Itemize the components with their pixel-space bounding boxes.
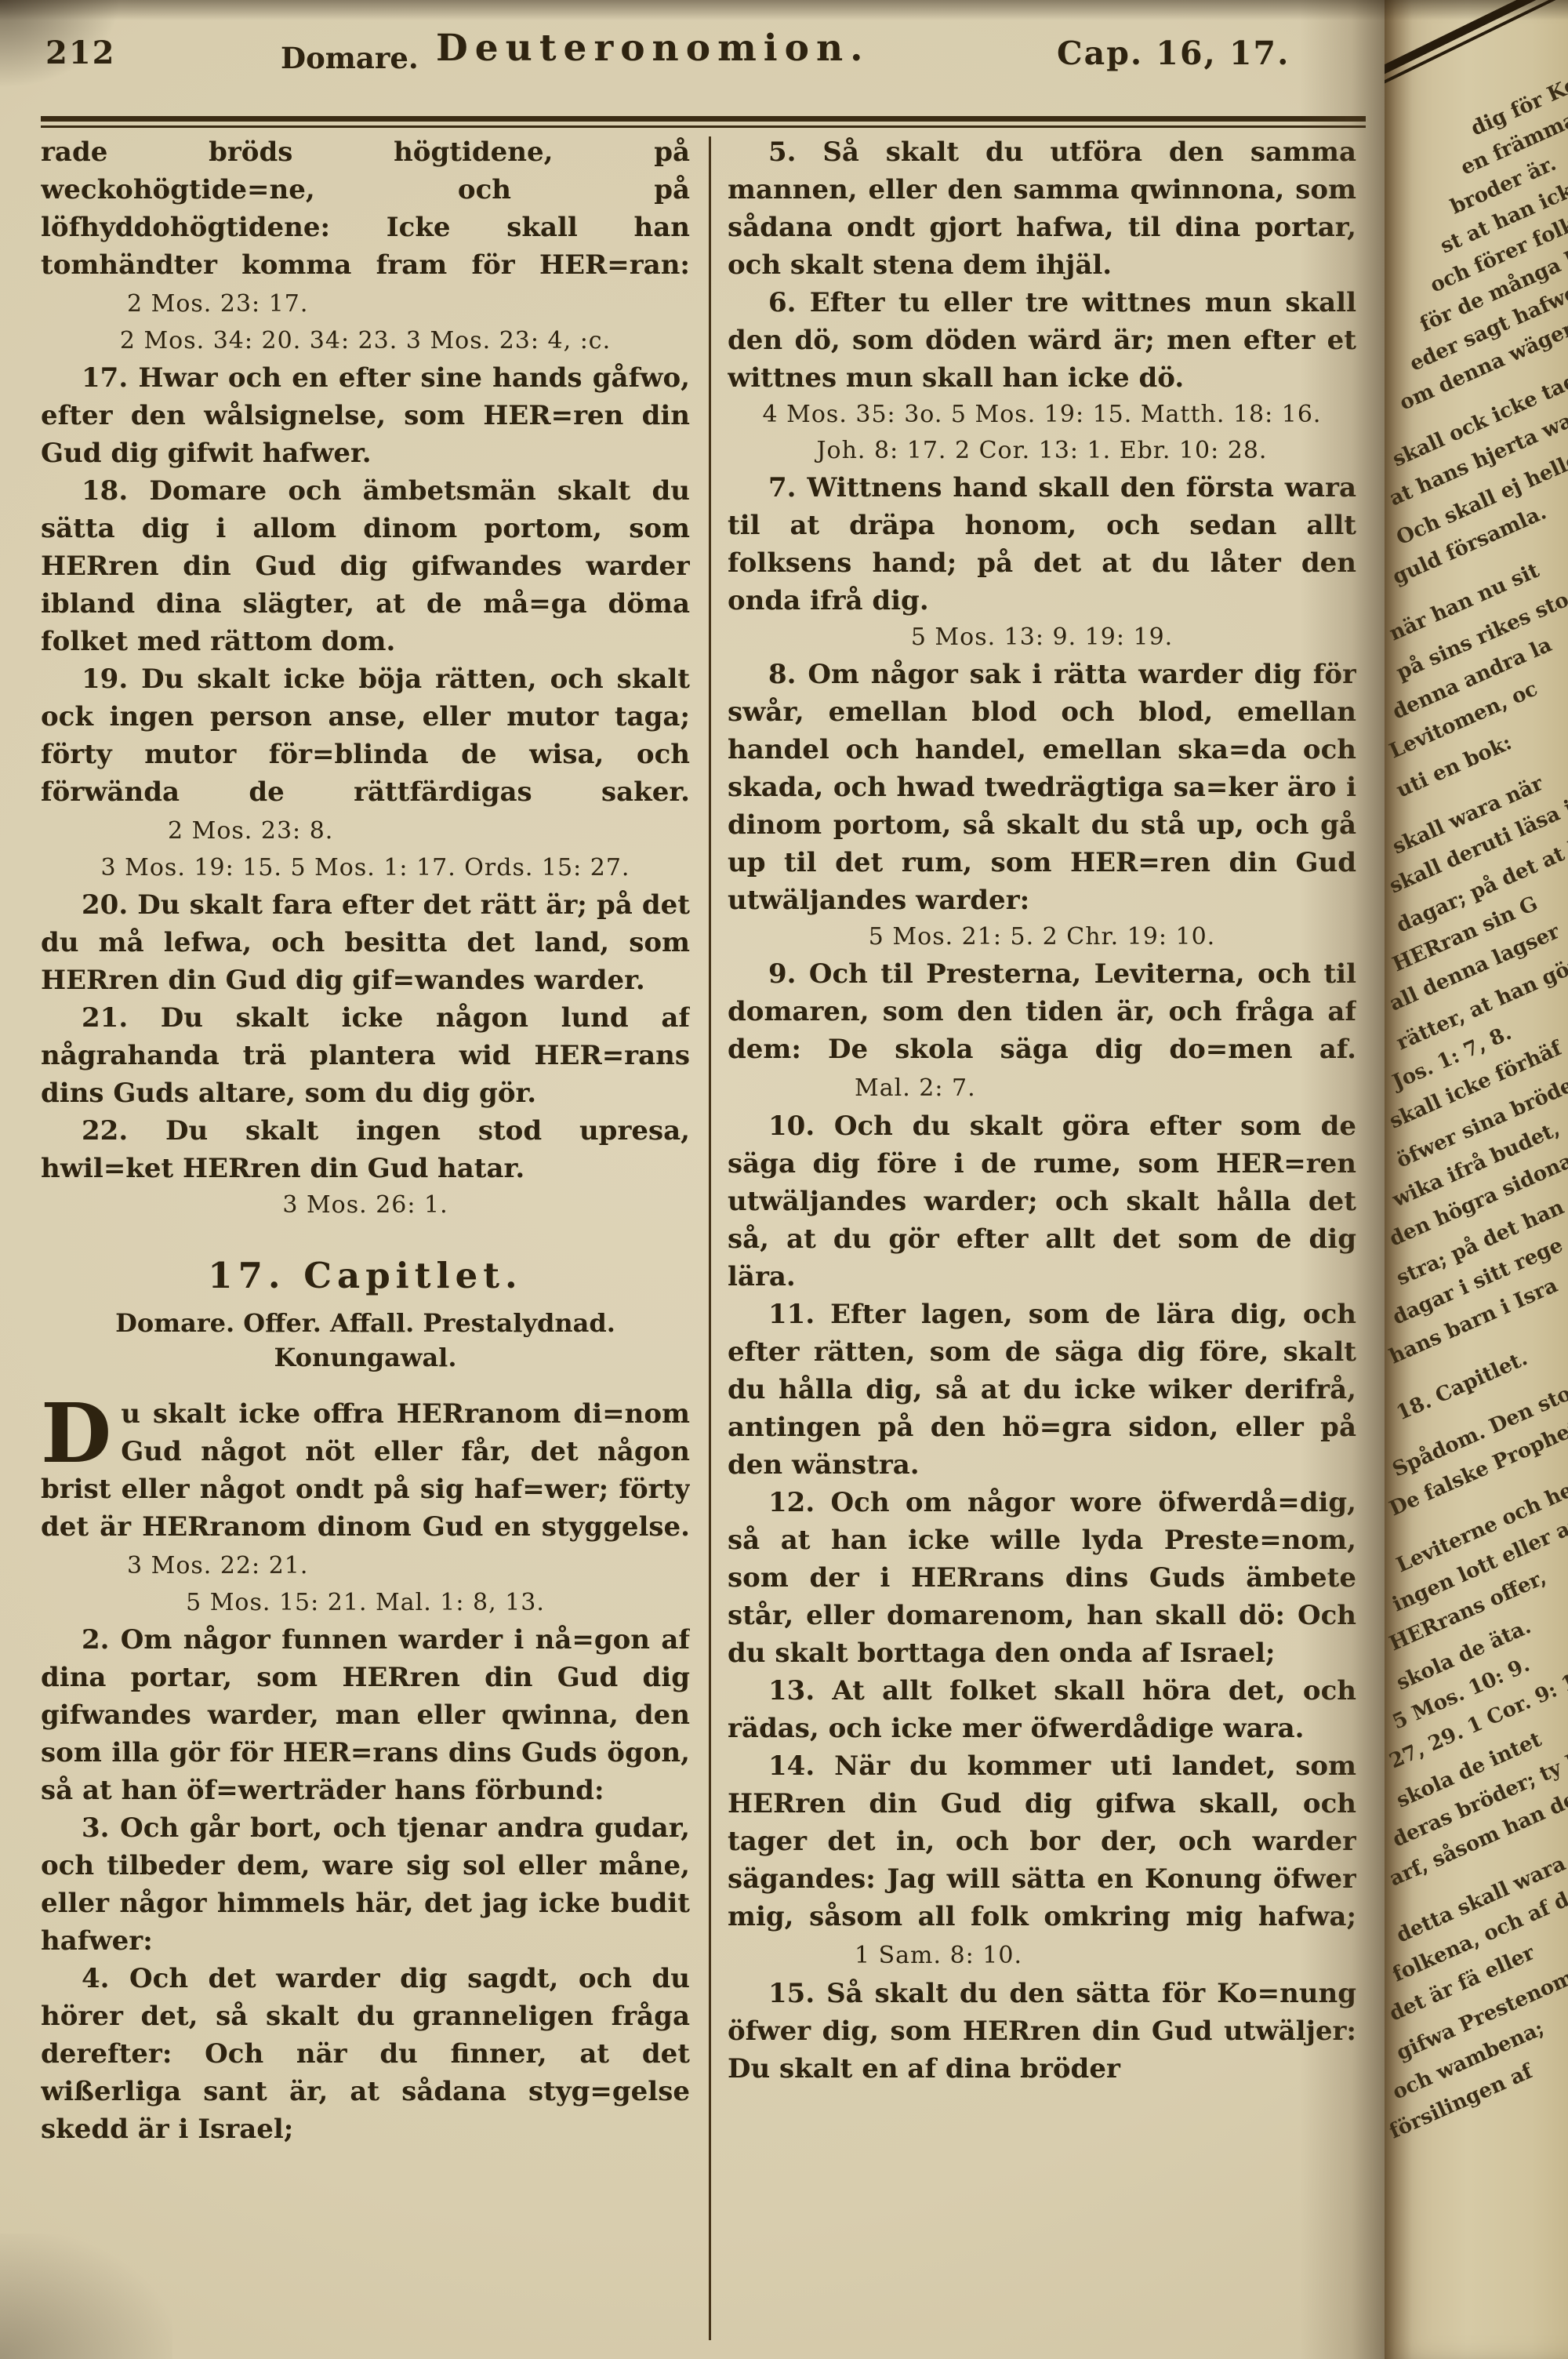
verse-paragraph: 3. Och går bort, och tjenar andra gudar,… (41, 1809, 690, 1960)
cross-reference-line: 5 Mos. 13: 9. 19: 19. (728, 620, 1356, 656)
right-column: 5. Så skalt du utföra den samma mannen, … (728, 133, 1356, 2348)
verse-paragraph: 6. Efter tu eller tre wittnes mun skall … (728, 284, 1356, 397)
scripture-reference: 3 Mos. 22: 21. (127, 1547, 308, 1585)
text-columns: rade bröds högtidene, på weckohögtide=ne… (41, 133, 1366, 2348)
verse-paragraph: 17. Hwar och en efter sine hands gåfwo, … (41, 359, 690, 472)
chapter-summary: Domare. Offer. Affall. Prestalydnad. Kon… (41, 1306, 690, 1375)
verse-paragraph: 22. Du skalt ingen stod upresa, hwil=ket… (41, 1112, 690, 1187)
verse-paragraph: 20. Du skalt fara efter det rätt är; på … (41, 886, 690, 999)
book-title: Deuteronomion. (436, 27, 870, 70)
cross-reference-line: 5 Mos. 15: 21. Mal. 1: 8, 13. (41, 1585, 690, 1621)
verse-paragraph: 11. Efter lagen, som de lära dig, och ef… (728, 1296, 1356, 1484)
page-header: 212 Domare. Deuteronomion. Cap. 16, 17. (0, 0, 1568, 125)
verse-paragraph: 9. Och til Presterna, Leviterna, och til… (728, 955, 1356, 1107)
verse-paragraph: 14. När du kommer uti landet, som HERren… (728, 1747, 1356, 1975)
drop-cap-initial: D (41, 1395, 121, 1466)
column-divider-rule (709, 136, 711, 2340)
verse-paragraph: 13. At allt folket skall höra det, och r… (728, 1672, 1356, 1747)
verse-paragraph: 12. Och om någor wore öfwerdå=dig, så at… (728, 1484, 1356, 1672)
verse-paragraph: 5. Så skalt du utföra den samma mannen, … (728, 133, 1356, 284)
header-double-rule (41, 116, 1366, 128)
running-title: Domare. (281, 41, 419, 75)
scripture-reference: 2 Mos. 23: 17. (127, 285, 308, 323)
verse-paragraph: 15. Så skalt du den sätta för Ko=nung öf… (728, 1975, 1356, 2088)
cross-reference-line: 3 Mos. 19: 15. 5 Mos. 1: 17. Ords. 15: 2… (41, 850, 690, 886)
left-column: rade bröds högtidene, på weckohögtide=ne… (41, 133, 690, 2348)
facing-page-edge: dig för Konung:en främmande öfwbroder är… (1385, 0, 1568, 2359)
verse-paragraph: Du skalt icke offra HERranom di=nom Gud … (41, 1395, 690, 1585)
chapter-reference: Cap. 16, 17. (1057, 35, 1290, 72)
cross-reference-line: 4 Mos. 35: 3o. 5 Mos. 19: 15. Matth. 18:… (728, 397, 1356, 433)
cross-reference-line: Joh. 8: 17. 2 Cor. 13: 1. Ebr. 10: 28. (728, 433, 1356, 469)
facing-page-header-rule (1385, 0, 1568, 92)
cross-reference-line: 2 Mos. 34: 20. 34: 23. 3 Mos. 23: 4, :c. (41, 323, 690, 359)
verse-paragraph: 8. Om någor sak i rätta warder dig för s… (728, 656, 1356, 919)
book-page: 212 Domare. Deuteronomion. Cap. 16, 17. … (0, 0, 1568, 2359)
verse-paragraph: 7. Wittnens hand skall den första wara t… (728, 469, 1356, 620)
facing-page-text: dig för Konung:en främmande öfwbroder är… (1394, 118, 1568, 2160)
verse-paragraph: 19. Du skalt icke böja rätten, och skalt… (41, 660, 690, 850)
verse-paragraph: 2. Om någor funnen warder i nå=gon af di… (41, 1621, 690, 1809)
scripture-reference: 2 Mos. 23: 8. (127, 812, 333, 850)
scripture-reference: 1 Sam. 8: 10. (814, 1937, 1022, 1975)
verse-paragraph: 21. Du skalt icke någon lund af någrahan… (41, 999, 690, 1112)
scripture-reference: Mal. 2: 7. (814, 1070, 976, 1107)
continued-paragraph: rade bröds högtidene, på weckohögtide=ne… (41, 133, 690, 323)
page-number: 212 (45, 35, 116, 71)
cross-reference-line: 5 Mos. 21: 5. 2 Chr. 19: 10. (728, 919, 1356, 955)
verse-paragraph: 4. Och det warder dig sagdt, och du höre… (41, 1960, 690, 2148)
cross-reference-line: 3 Mos. 26: 1. (41, 1187, 690, 1223)
verse-paragraph: 18. Domare och ämbetsmän skalt du sätta … (41, 472, 690, 660)
verse-paragraph: 10. Och du skalt göra efter som de säga … (728, 1107, 1356, 1296)
chapter-heading: 17. Capitlet. (41, 1255, 690, 1296)
